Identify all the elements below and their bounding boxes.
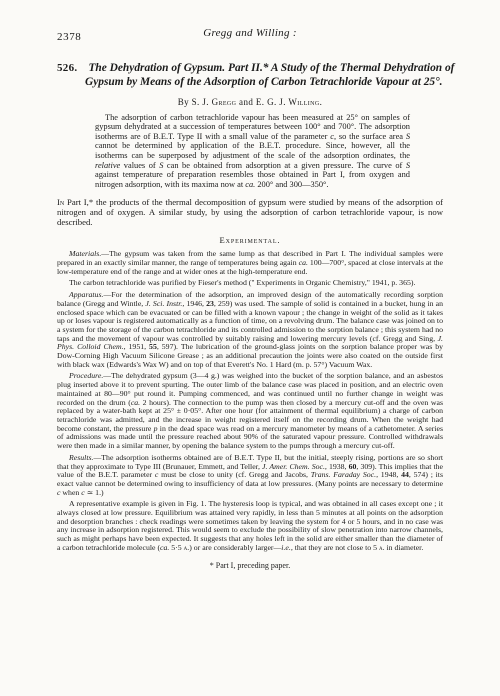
- abstract: The adsorption of carbon tetrachloride v…: [95, 113, 410, 190]
- page-header: 2378 Gregg and Willing :: [57, 27, 443, 40]
- intro-paragraph: In Part I,* the products of the thermal …: [57, 197, 443, 227]
- text-column: 2378 Gregg and Willing : 526.The Dehydra…: [57, 27, 443, 570]
- article-number: 526.: [57, 62, 77, 74]
- paragraph-results: Results.—The adsorption isotherms obtain…: [57, 454, 443, 498]
- byline: By S. J. Gregg and E. G. J. Willing.: [57, 97, 443, 107]
- footnote: * Part I, preceding paper.: [57, 561, 443, 570]
- paragraph-representative-example: A representative example is given in Fig…: [57, 500, 443, 552]
- article-title-text: The Dehydration of Gypsum. Part II.* A S…: [85, 62, 454, 88]
- paragraph-purification: The carbon tetrachloride was purified by…: [57, 279, 443, 288]
- paragraph-apparatus: Apparatus.—For the determination of the …: [57, 291, 443, 369]
- article-title: 526.The Dehydration of Gypsum. Part II.*…: [57, 62, 465, 90]
- paragraph-materials: Materials.—The gypsum was taken from the…: [57, 250, 443, 276]
- journal-page: 2378 Gregg and Willing : 526.The Dehydra…: [0, 0, 500, 696]
- section-heading-experimental: Experimental.: [57, 235, 443, 245]
- paragraph-procedure: Procedure.—The dehydrated gypsum (3—4 g.…: [57, 372, 443, 450]
- running-head: Gregg and Willing :: [57, 27, 443, 39]
